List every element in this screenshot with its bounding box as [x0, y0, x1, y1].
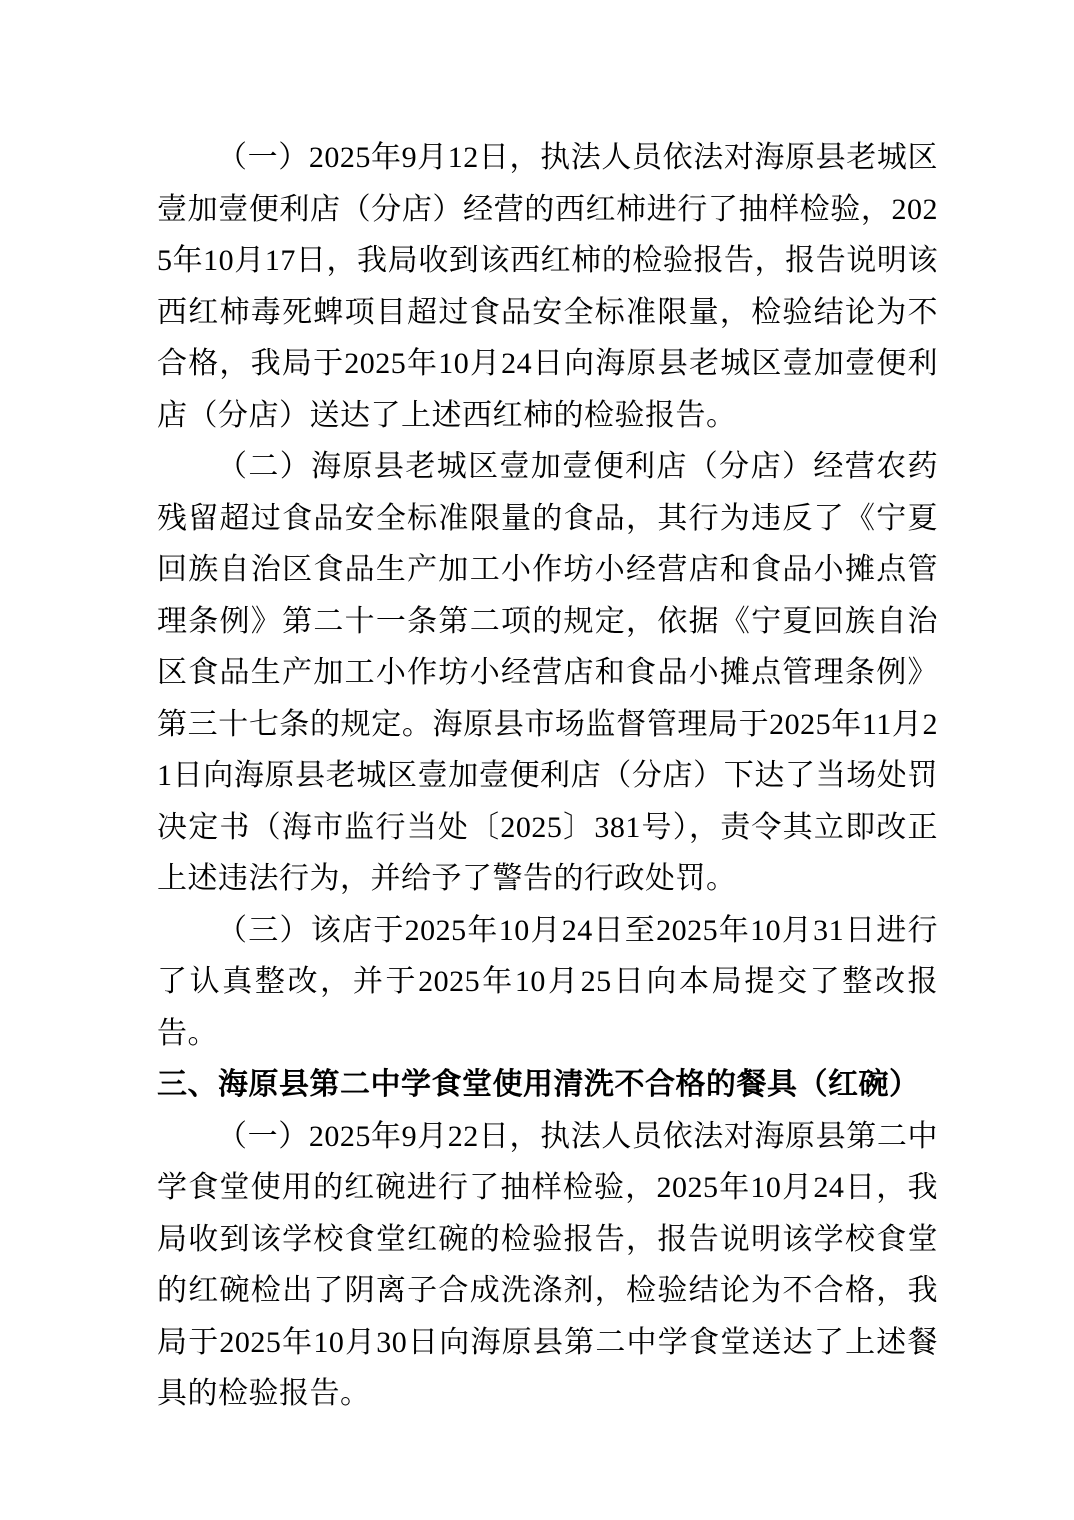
section-heading-case3: 三、海原县第二中学食堂使用清洗不合格的餐具（红碗） — [157, 1059, 938, 1111]
document-page: （一）2025年9月12日，执法人员依法对海原县老城区壹加壹便利店（分店）经营的… — [0, 0, 1074, 1520]
paragraph-case2-item3: （三）该店于2025年10月24日至2025年10月31日进行了认真整改，并于2… — [157, 905, 938, 1060]
paragraph-case2-item2: （二）海原县老城区壹加壹便利店（分店）经营农药残留超过食品安全标准限量的食品，其… — [157, 441, 938, 905]
paragraph-case3-item1: （一）2025年9月22日，执法人员依法对海原县第二中学食堂使用的红碗进行了抽样… — [157, 1111, 938, 1420]
paragraph-case2-item1: （一）2025年9月12日，执法人员依法对海原县老城区壹加壹便利店（分店）经营的… — [157, 132, 938, 441]
document-body: （一）2025年9月12日，执法人员依法对海原县老城区壹加壹便利店（分店）经营的… — [157, 132, 938, 1420]
